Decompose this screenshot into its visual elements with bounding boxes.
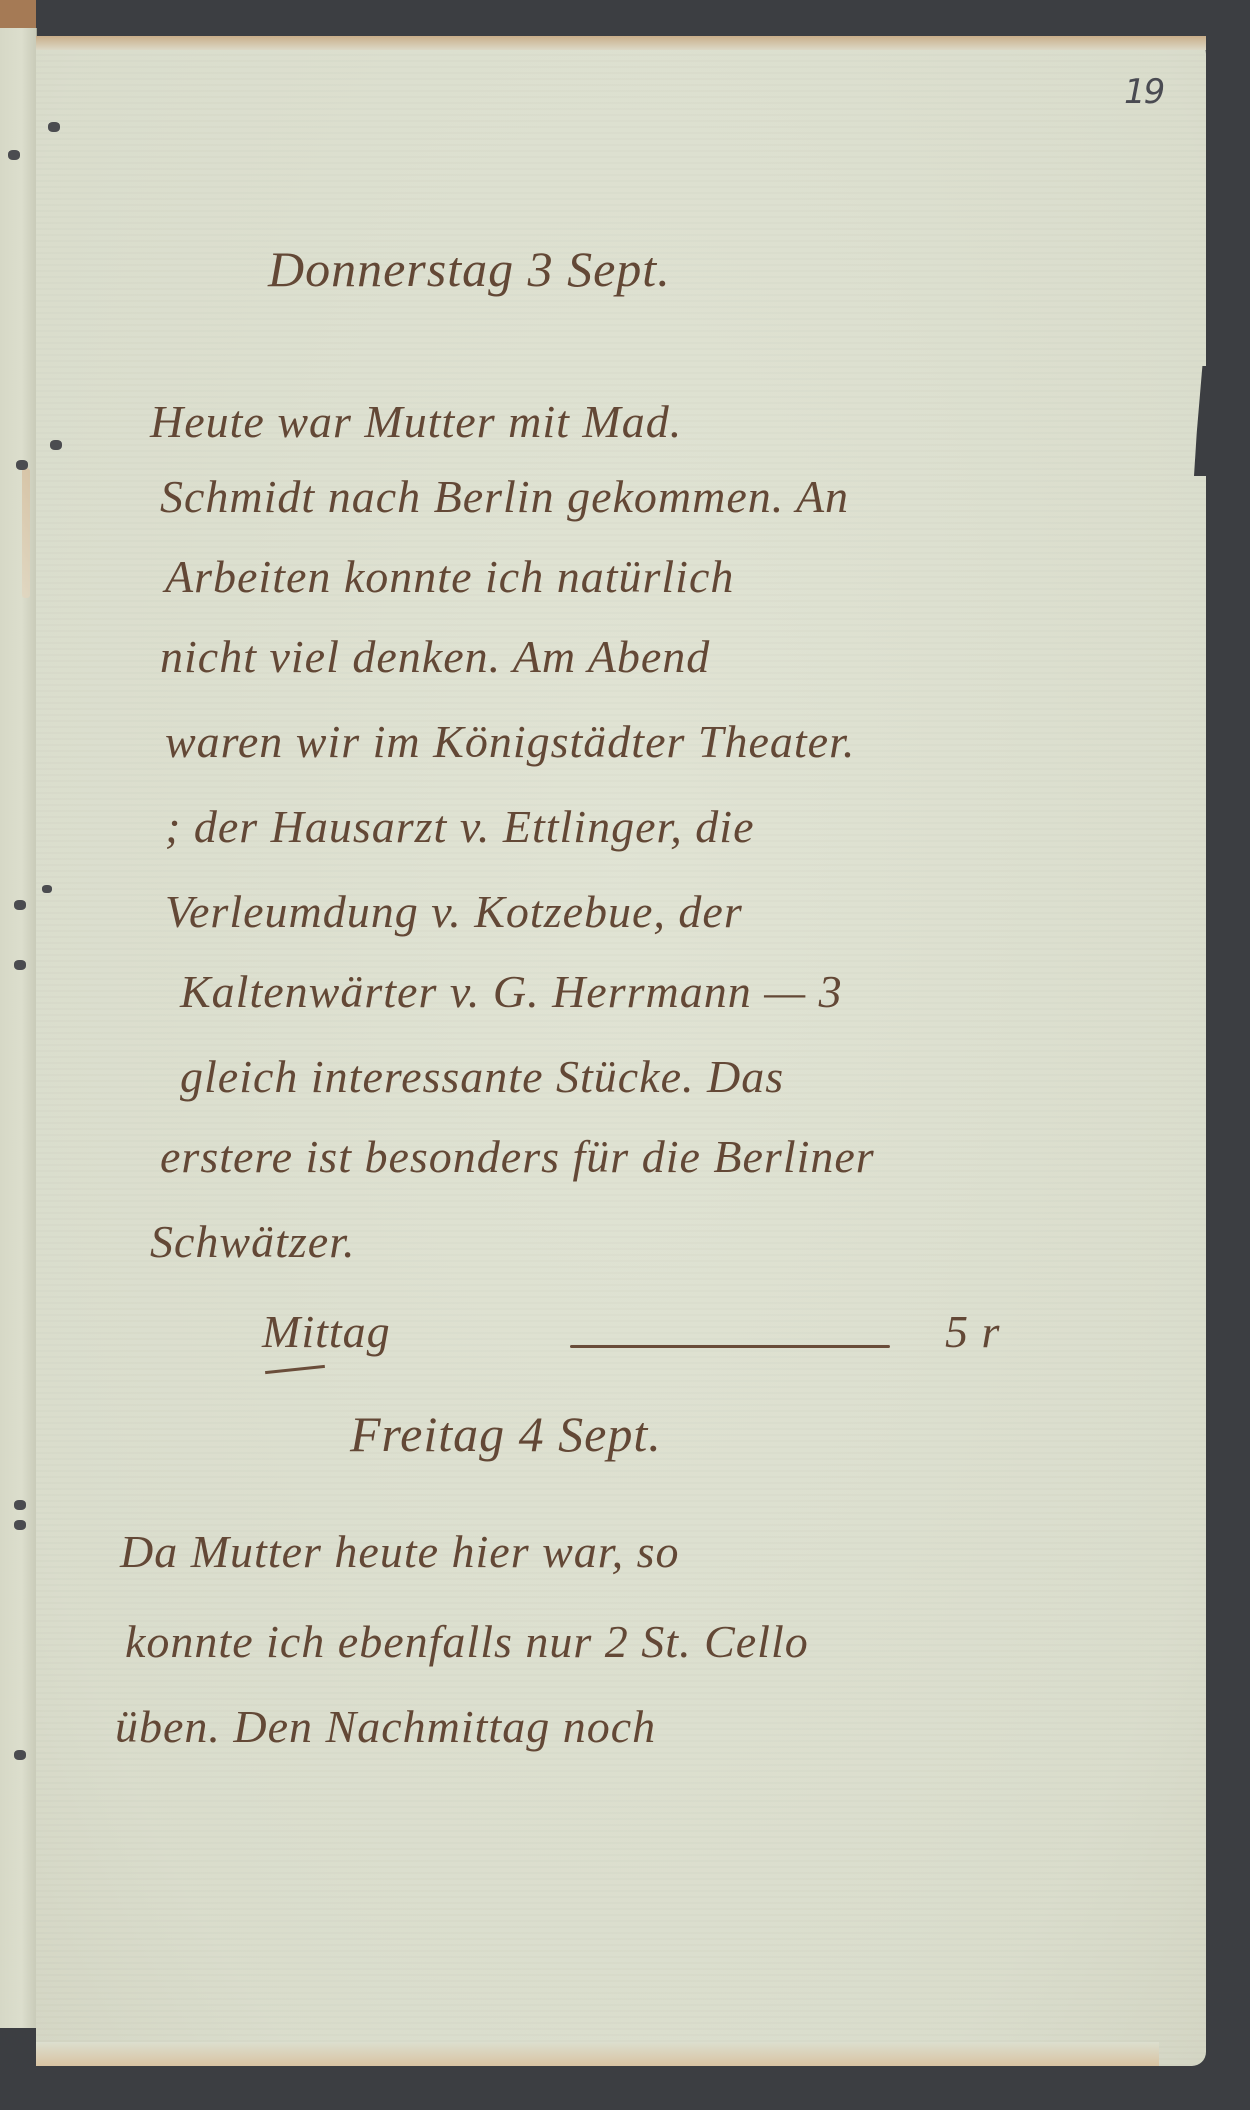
entry-heading: Freitag 4 Sept. bbox=[350, 1405, 662, 1463]
binding-hole-mark bbox=[16, 460, 28, 470]
dash-rule bbox=[570, 1345, 890, 1348]
entry-line: konnte ich ebenfalls nur 2 St. Cello bbox=[125, 1615, 809, 1668]
entry-line: Kaltenwärter v. G. Herrmann — 3 bbox=[180, 965, 843, 1018]
entry-line: üben. Den Nachmittag noch bbox=[115, 1700, 656, 1753]
page-bottom-edge bbox=[36, 2042, 1159, 2066]
entry-line: Arbeiten konnte ich natürlich bbox=[165, 550, 734, 603]
adjacent-page-top bbox=[0, 0, 36, 28]
entry-heading: Donnerstag 3 Sept. bbox=[268, 240, 671, 298]
entry-line: Schmidt nach Berlin gekommen. An bbox=[160, 470, 849, 523]
entry-line: waren wir im Königstädter Theater. bbox=[165, 715, 855, 768]
binding-hole-mark bbox=[14, 1520, 26, 1530]
adjacent-page-edge bbox=[0, 28, 37, 2028]
paper-stain bbox=[22, 468, 30, 598]
torn-edge-notch bbox=[1194, 366, 1208, 476]
meal-label: Mittag bbox=[262, 1305, 391, 1358]
binding-hole-mark bbox=[50, 440, 62, 450]
entry-line: Da Mutter heute hier war, so bbox=[120, 1525, 680, 1578]
binding-hole-mark bbox=[14, 900, 26, 910]
binding-hole-mark bbox=[14, 1500, 26, 1510]
binding-hole-mark bbox=[8, 150, 20, 160]
binding-hole-mark bbox=[14, 960, 26, 970]
binding-hole-mark bbox=[42, 885, 52, 893]
binding-hole-mark bbox=[48, 122, 60, 132]
entry-line: Heute war Mutter mit Mad. bbox=[150, 395, 682, 448]
entry-line: nicht viel denken. Am Abend bbox=[160, 630, 710, 683]
page-top-edge bbox=[36, 36, 1206, 50]
entry-line: gleich interessante Stücke. Das bbox=[180, 1050, 784, 1103]
page-number: 19 bbox=[1124, 72, 1163, 112]
meal-value: 5 r bbox=[945, 1305, 1000, 1358]
binding-hole-mark bbox=[14, 1750, 26, 1760]
entry-line: ; der Hausarzt v. Ettlinger, die bbox=[165, 800, 754, 853]
entry-line: erstere ist besonders für die Berliner bbox=[160, 1130, 875, 1183]
entry-line: Verleumdung v. Kotzebue, der bbox=[165, 885, 743, 938]
entry-line: Schwätzer. bbox=[150, 1215, 356, 1268]
